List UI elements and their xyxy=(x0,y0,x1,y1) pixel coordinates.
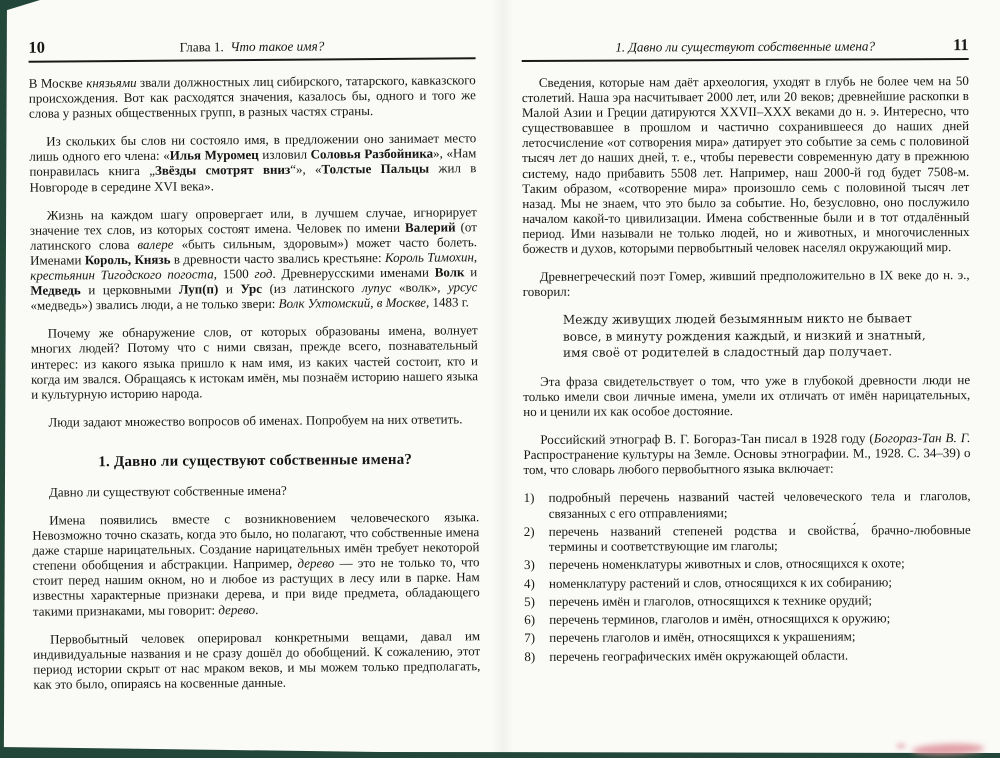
right-header-rule xyxy=(522,58,969,62)
right-running-header: 1. Давно ли существуют собственные имена… xyxy=(522,35,969,57)
list-item: 1) подробный перечень названий частей че… xyxy=(524,489,971,521)
left-header-title: Глава 1. Что такое имя? xyxy=(62,38,441,57)
pink-pen-mark-small xyxy=(896,743,906,749)
list-item-text: перечень номенклатуры животных и слов, о… xyxy=(549,555,971,572)
list-item-number: 8) xyxy=(524,649,549,664)
quote-line: имя своё от родителей в сладостный дар п… xyxy=(563,343,966,361)
body-paragraph: Почему же обнаружение слов, от которых о… xyxy=(31,323,479,402)
left-running-header: 10 Глава 1. Что такое имя? xyxy=(28,34,475,58)
list-item-number: 2) xyxy=(524,524,549,554)
book-cover-edge-left xyxy=(0,0,7,758)
book-cover-corner-top-left xyxy=(0,0,40,11)
list-item-text: перечень глаголов и имён, относящихся к … xyxy=(549,628,971,645)
left-page: 10 Глава 1. Что такое имя? В Москве княз… xyxy=(28,34,480,704)
list-item-text: перечень географических имён окружающей … xyxy=(549,647,971,664)
numbered-list: 1) подробный перечень названий частей че… xyxy=(524,489,972,664)
chapter-label: Глава 1. xyxy=(180,39,224,54)
list-item: 3) перечень номенклатуры животных и слов… xyxy=(524,555,971,572)
list-item-text: подробный перечень названий частей челов… xyxy=(549,489,971,521)
body-paragraph: Первобытный человек оперировал конкретны… xyxy=(33,628,480,692)
list-item-text: перечень имён и глаголов, относящихся к … xyxy=(549,592,971,609)
quote-line: вовсе, в минуту рождения каждый, и низки… xyxy=(563,327,966,345)
page-gutter-shade xyxy=(492,0,514,758)
list-item-number: 1) xyxy=(524,490,549,520)
list-item-number: 3) xyxy=(524,557,549,572)
left-page-number: 10 xyxy=(28,37,62,57)
list-item-number: 4) xyxy=(524,575,549,590)
right-header-title: 1. Давно ли существуют собственные имена… xyxy=(556,38,935,56)
body-paragraph: Древнегреческий поэт Гомер, живший предп… xyxy=(523,267,970,299)
right-page: 1. Давно ли существуют собственные имена… xyxy=(522,35,972,667)
right-page-number: 11 xyxy=(935,35,969,55)
body-paragraph: Сведения, которые нам даёт археология, у… xyxy=(522,73,970,256)
body-paragraph: В Москве князьями звали должностных лиц … xyxy=(29,72,476,121)
list-item-number: 5) xyxy=(524,594,549,609)
chapter-title: Что такое имя? xyxy=(230,38,324,54)
list-item-number: 6) xyxy=(524,612,549,627)
body-paragraph: Давно ли существуют собственные имена? xyxy=(32,481,479,500)
list-item: 2) перечень названий степеней родства и … xyxy=(524,522,971,554)
list-item-text: перечень терминов, глаголов и имён, отно… xyxy=(549,610,971,627)
verse-quote: Между живущих людей безымянным никто не … xyxy=(563,310,966,360)
list-item-text: перечень названий степеней родства и сво… xyxy=(549,522,971,554)
quote-line: Между живущих людей безымянным никто не … xyxy=(563,310,966,328)
list-item-text: номенклатуру растений и слов, относящихс… xyxy=(549,574,971,591)
list-item: 8) перечень географических имён окружающ… xyxy=(524,647,971,664)
left-header-rule xyxy=(29,57,476,63)
list-item-number: 7) xyxy=(524,630,549,645)
scanned-book-spread: { "left_page": { "number": "10", "header… xyxy=(0,0,1000,758)
list-item: 6) перечень терминов, глаголов и имён, о… xyxy=(524,610,971,627)
body-paragraph: Российский этнограф В. Г. Богораз-Тан пи… xyxy=(523,430,970,477)
list-item: 7) перечень глаголов и имён, относящихся… xyxy=(524,628,971,645)
body-paragraph: Из скольких бы слов ни состояло имя, в п… xyxy=(29,131,476,195)
list-item: 5) перечень имён и глаголов, относящихся… xyxy=(524,592,971,609)
body-paragraph: Эта фраза свидетельствует о том, что уже… xyxy=(523,372,970,419)
body-paragraph: Имена появились вместе с возникновением … xyxy=(32,509,480,618)
list-item: 4) номенклатуру растений и слов, относящ… xyxy=(524,574,971,591)
body-paragraph: Жизнь на каждом шагу опровергает или, в … xyxy=(30,204,478,313)
section-heading: 1. Давно ли существуют собственные имена… xyxy=(32,451,479,472)
body-paragraph: Люди задают множество вопросов об именах… xyxy=(31,411,478,430)
